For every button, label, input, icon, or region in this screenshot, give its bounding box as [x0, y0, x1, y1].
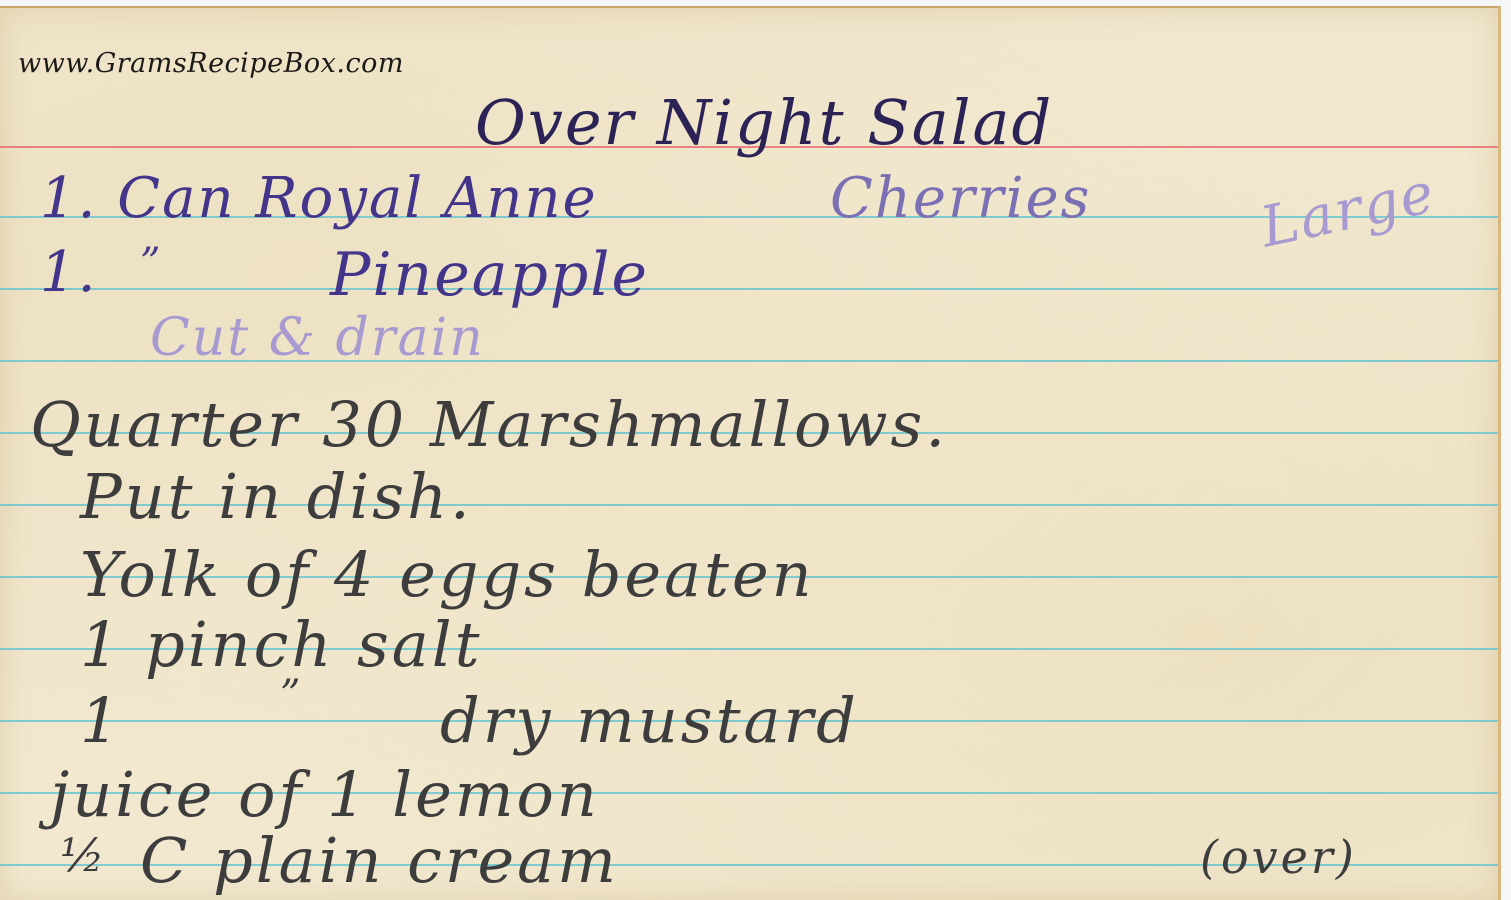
ingredient-1: 1. Can Royal Anne	[40, 166, 598, 231]
ingredient-2-qty: 1.	[40, 240, 97, 305]
instruction-line-3: Yolk of 4 eggs beaten	[80, 538, 815, 611]
over-note: (over)	[1200, 830, 1357, 884]
instruction-line-5-ditto: ”	[280, 672, 303, 718]
ingredient-1-qty: 1.	[40, 166, 97, 231]
instruction-line-6: juice of 1 lemon	[50, 758, 600, 831]
ink-note: Cut & drain	[150, 308, 485, 368]
ingredient-1-text-cont: Cherries	[830, 166, 1091, 231]
recipe-title: Over Night Salad	[475, 86, 1053, 159]
instruction-line-7: C plain cream	[140, 824, 619, 897]
ingredient-1-text: Can Royal Anne	[117, 166, 597, 231]
instruction-line-7-qty: ½	[60, 828, 108, 882]
ingredient-2-text: Pineapple	[330, 240, 649, 310]
side-note: Large	[1255, 160, 1441, 260]
instruction-line-5-qty: 1	[80, 684, 122, 757]
instruction-line-1: Quarter 30 Marshmallows.	[30, 388, 948, 461]
site-watermark: www.GramsRecipeBox.com	[18, 48, 404, 79]
ingredient-2-ditto: ”	[140, 240, 162, 286]
instruction-line-5: dry mustard	[440, 684, 859, 757]
recipe-card: www.GramsRecipeBox.com Over Night Salad …	[0, 6, 1501, 900]
instruction-line-4: 1 pinch salt	[80, 608, 483, 681]
ruled-line	[0, 288, 1498, 290]
instruction-line-2: Put in dish.	[80, 460, 473, 533]
